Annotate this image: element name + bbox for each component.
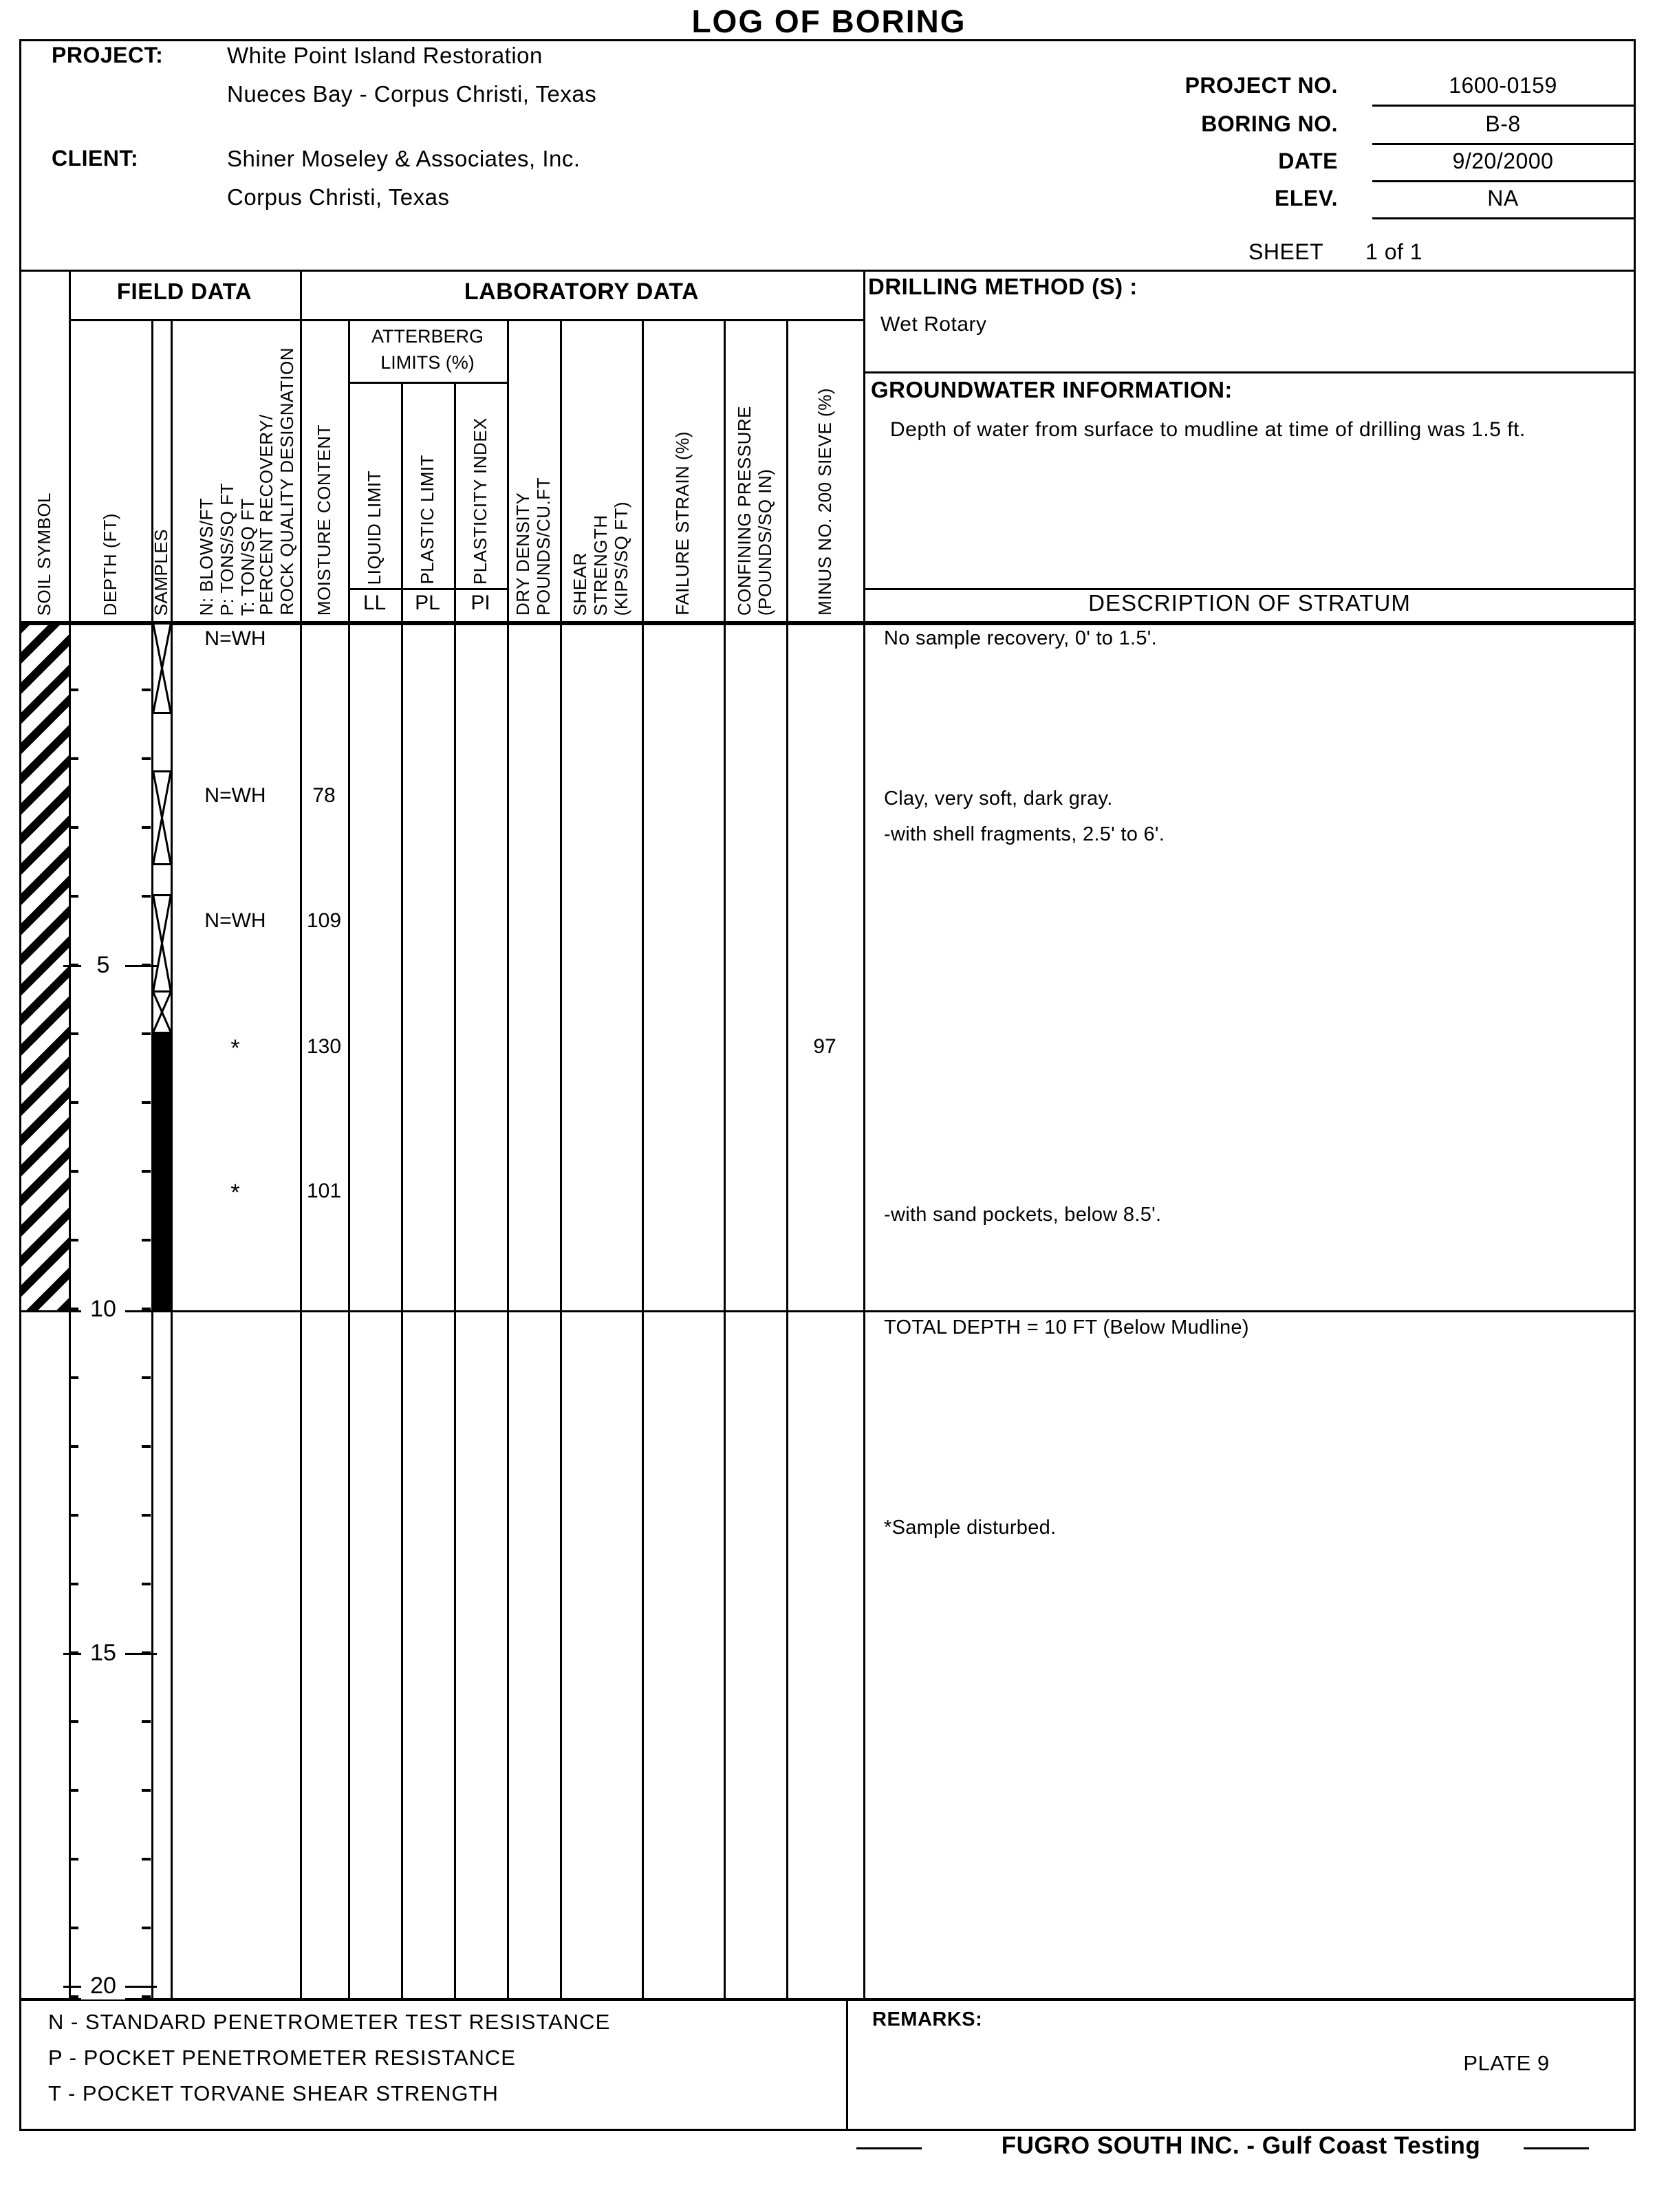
depth-dash-15-left [63, 1653, 81, 1655]
failure-strain-header: FAILURE STRAIN (%) [672, 431, 693, 616]
laboratory-data-header: LABORATORY DATA [300, 279, 863, 305]
n-value-row2: N=WH [171, 784, 300, 807]
elev-label: ELEV. [1101, 186, 1338, 211]
sample-symbol-3 [151, 894, 173, 993]
elev-value: NA [1369, 186, 1637, 211]
sample-symbol-1 [151, 622, 173, 714]
form-right-border [1634, 39, 1636, 2131]
table-band-top-line [19, 270, 1636, 272]
liquid-limit-header: LIQUID LIMIT [364, 470, 385, 585]
col-line-confining [786, 319, 788, 1998]
groundwater-text: Depth of water from surface to mudline a… [890, 418, 1526, 442]
date-label: DATE [1101, 149, 1338, 174]
samples-header: SAMPLES [151, 529, 171, 616]
data-area-bottom-line [19, 1998, 1636, 2001]
drilling-method-value: Wet Rotary [880, 313, 987, 336]
boring-log-document: LOG OF BORING PROJECT: White Point Islan… [0, 0, 1655, 2212]
footer-divider-line [846, 1998, 848, 2129]
client-location: Corpus Christi, Texas [227, 184, 450, 210]
project-name: White Point Island Restoration [227, 43, 543, 69]
project-no-value: 1600-0159 [1369, 73, 1637, 98]
col-line-failure [724, 319, 726, 1998]
llplpi-top-line [348, 588, 507, 590]
company-footer: FUGRO SOUTH INC. - Gulf Coast Testing [846, 2132, 1636, 2160]
total-depth-line [19, 1310, 1636, 1312]
project-no-label: PROJECT NO. [1101, 73, 1338, 98]
moisture-row2: 78 [300, 784, 348, 807]
col-line-drydensity [560, 319, 562, 1998]
moisture-header: MOISTURE CONTENT [314, 424, 334, 616]
n-value-row4: * [171, 1035, 300, 1062]
moisture-row4: 130 [300, 1035, 348, 1059]
band-bottom-line [69, 319, 863, 321]
atterberg-underline [348, 382, 507, 384]
col-line-minus200 [863, 270, 865, 1998]
groundwater-label: GROUNDWATER INFORMATION: [871, 377, 1233, 403]
depth-dash-5-left [63, 965, 81, 967]
project-location: Nueces Bay - Corpus Christi, Texas [227, 81, 596, 107]
col-line-moisture [348, 319, 350, 1998]
ll-header: LL [348, 592, 401, 615]
depth-tick-marks-left [69, 622, 78, 1998]
col-line-ll [401, 382, 403, 1998]
plasticity-index-header: PLASTICITY INDEX [470, 418, 490, 585]
boring-no-label: BORING NO. [1101, 111, 1338, 137]
blows-header: N: BLOWS/FT P: TONS/SQ FT T: TON/SQ FT [196, 483, 258, 616]
moisture-row5: 101 [300, 1180, 348, 1203]
description-no-recovery: No sample recovery, 0' to 1.5'. [884, 627, 1157, 650]
date-underline [1372, 180, 1634, 182]
project-no-underline [1372, 105, 1634, 107]
boring-no-underline [1372, 143, 1634, 145]
recovery-header: PERCENT RECOVERY/ ROCK QUALITY DESIGNATI… [256, 347, 297, 616]
client-name: Shiner Moseley & Associates, Inc. [227, 146, 581, 172]
data-area-top-line [19, 621, 1636, 625]
legend-line-n: N - STANDARD PENETROMETER TEST RESISTANC… [48, 2010, 610, 2035]
sheet-value: 1 of 1 [1365, 239, 1423, 265]
depth-dash-20-right [125, 1986, 157, 1988]
depth-label-20: 20 [81, 1973, 125, 1999]
field-data-header: FIELD DATA [69, 279, 300, 305]
legend-line-t: T - POCKET TORVANE SHEAR STRENGTH [48, 2081, 499, 2106]
depth-dash-20-left [63, 1986, 81, 1988]
n-value-row3: N=WH [171, 909, 300, 933]
depth-tick-marks-right [142, 622, 151, 1998]
shear-strength-header: SHEAR STRENGTH (KIPS/SQ FT) [570, 501, 631, 616]
plate-label: PLATE 9 [1417, 2051, 1596, 2076]
depth-header: DEPTH (FT) [100, 513, 120, 616]
form-top-border [19, 39, 1636, 41]
col-line-pi [507, 319, 509, 1998]
depth-label-15: 15 [81, 1640, 125, 1667]
pl-header: PL [401, 592, 454, 615]
minus200-header: MINUS NO. 200 SIEVE (%) [814, 388, 835, 616]
n-value-row1: N=WH [171, 627, 300, 651]
elev-underline [1372, 217, 1634, 219]
depth-label-5: 5 [81, 952, 125, 979]
col-line-blows [300, 270, 302, 1998]
pi-header: PI [454, 592, 507, 615]
plastic-limit-header: PLASTIC LIMIT [417, 455, 437, 585]
sample-symbol-4 [151, 990, 173, 1034]
legend-line-p: P - POCKET PENETROMETER RESISTANCE [48, 2046, 516, 2070]
col-line-pl [454, 382, 456, 1998]
minus200-row4: 97 [786, 1035, 863, 1059]
description-clay: Clay, very soft, dark gray. [884, 788, 1113, 810]
confining-pressure-header: CONFINING PRESSURE (POUNDS/SQ IN) [734, 406, 775, 616]
col-line-shear [642, 319, 644, 1998]
n-value-row5: * [171, 1180, 300, 1206]
sample-symbol-2 [151, 770, 173, 865]
sample-core-bar [152, 1034, 172, 1310]
date-value: 9/20/2000 [1369, 149, 1637, 174]
atterberg-header: ATTERBERG LIMITS (%) [348, 323, 507, 376]
description-shell-fragments: -with shell fragments, 2.5' to 6'. [884, 823, 1165, 846]
client-label: CLIENT: [52, 146, 138, 171]
total-depth-note: TOTAL DEPTH = 10 FT (Below Mudline) [884, 1316, 1249, 1339]
soil-hatch-pattern [21, 622, 69, 1310]
sample-disturbed-note: *Sample disturbed. [884, 1517, 1056, 1539]
depth-label-10: 10 [81, 1296, 125, 1323]
project-label: PROJECT: [52, 43, 163, 68]
soil-symbol-header: SOIL SYMBOL [34, 492, 54, 616]
dry-density-header: DRY DENSITY POUNDS/CU.FT [512, 477, 554, 616]
drilling-box-bottom-line [863, 371, 1636, 373]
remarks-label: REMARKS: [872, 2008, 982, 2031]
moisture-row3: 109 [300, 909, 348, 933]
sheet-label: SHEET [1248, 239, 1323, 265]
description-sand-pockets: -with sand pockets, below 8.5'. [884, 1204, 1161, 1226]
drilling-method-label: DRILLING METHOD (S) : [868, 274, 1138, 300]
depth-dash-15-right [125, 1653, 157, 1655]
boring-no-value: B-8 [1369, 111, 1637, 137]
description-of-stratum-header: DESCRIPTION OF STRATUM [863, 590, 1636, 616]
page-title: LOG OF BORING [588, 3, 1070, 40]
depth-dash-5-right [125, 965, 157, 967]
footer-bottom-line [19, 2129, 1636, 2131]
